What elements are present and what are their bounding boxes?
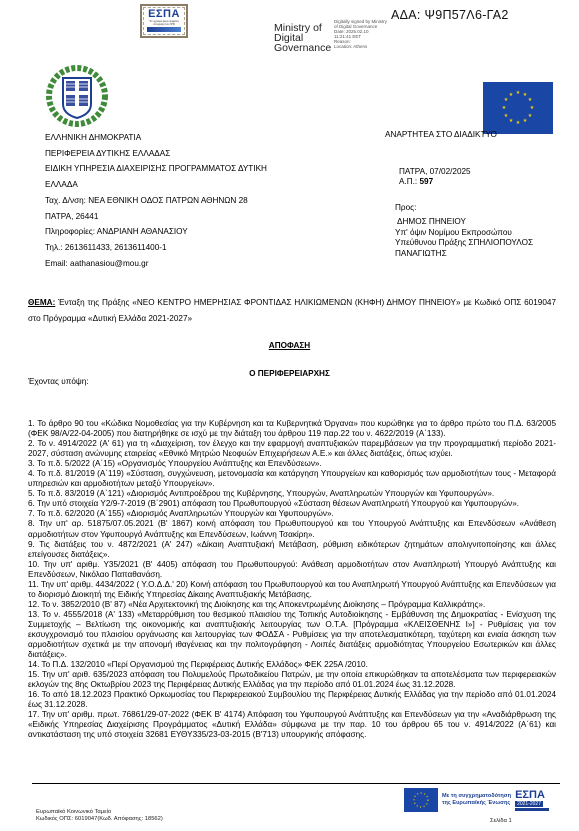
posting-notice: ΑΝΑΡΤΗΤΕΑ ΣΤΟ ΔΙΑΔΙΚΤΥΟ	[385, 130, 533, 141]
sender-country: ΕΛΛΗΝΙΚΗ ΔΗΜΟΚΡΑΤΙΑ	[45, 130, 267, 146]
espa-stamp-title: ΕΣΠΑ	[148, 8, 180, 20]
espa-logo-years: 2021-2027	[515, 801, 543, 807]
sender-email: Email: aathanasiou@mou.gr	[45, 256, 267, 272]
list-item: 4. Το π.δ. 81/2019 (Α΄119) «Σύσταση, συγ…	[28, 469, 556, 489]
svg-text:★: ★	[509, 118, 514, 124]
sender-block: ΕΛΛΗΝΙΚΗ ΔΗΜΟΚΡΑΤΙΑ ΠΕΡΙΦΕΡΕΙΑ ΔΥΤΙΚΗΣ Ε…	[45, 130, 267, 271]
recipient-responsible: Υπεύθυνου Πράξης ΣΠΗΛΙΟΠΟΥΛΟΣ	[385, 238, 533, 249]
svg-text:★: ★	[516, 90, 521, 96]
list-item: 5. Το π.δ. 83/2019 (Α΄121) «Διορισμός Αν…	[28, 489, 556, 499]
cofunding-text: Με τη συγχρηματοδότηση της Ευρωπαϊκής Έν…	[442, 793, 511, 807]
sender-service: ΕΙΔΙΚΗ ΥΠΗΡΕΣΙΑ ΔΙΑΧΕΙΡΙΣΗΣ ΠΡΟΓΡΑΜΜΑΤΟΣ…	[45, 161, 267, 177]
list-item: 14. Το Π.Δ. 132/2010 «Περί Οργανισμού τη…	[28, 660, 556, 670]
to-label: Προς:	[385, 203, 533, 214]
footer-info: Ευρωπαϊκό Κοινωνικό Ταμείο Κωδικός ΟΠΣ: …	[36, 809, 163, 823]
espa-stamp-logo: ΕΣΠΑ Το εγγραφο φερει ψηφιακη υπογραφη τ…	[140, 4, 188, 38]
svg-text:★: ★	[504, 113, 509, 119]
subject: ΘΕΜΑ: Ένταξη της Πράξης «ΝΕΟ ΚΕΝΤΡΟ ΗΜΕΡ…	[28, 295, 556, 327]
signature-line: Location: Athens	[334, 44, 387, 49]
list-item: 15. Την υπ' αριθ. 635/2023 απόφαση του Π…	[28, 670, 556, 690]
list-item: 17. Την υπ' αριθμ. πρωτ. 76861/29-07-202…	[28, 710, 556, 740]
espa-logo-title: ΕΣΠΑ	[515, 790, 545, 801]
espa-logo: ΕΣΠΑ 2021-2027	[515, 790, 549, 811]
eu-flag-icon: ★★★ ★★★ ★★★ ★★★	[483, 82, 553, 134]
recipient-name: ΔΗΜΟΣ ΠΗΝΕΙΟΥ	[385, 217, 533, 228]
espa-logo-bar-icon	[515, 808, 549, 811]
svg-text:★: ★	[528, 113, 533, 119]
protocol-label: Α.Π.:	[399, 177, 419, 186]
list-item: 6. Την υπό στοιχεία Υ2/9-7-2019 (Β΄2901)…	[28, 499, 556, 509]
list-item: 13. Το ν. 4555/2018 (Α' 133) «Μεταρρύθμι…	[28, 610, 556, 660]
svg-text:★: ★	[509, 92, 514, 98]
recipient-attention: Υπ' όψιν Νομίμου Εκπροσώπου	[385, 228, 533, 239]
considering-label: Έχοντας υπόψη:	[28, 377, 89, 386]
page-number: Σελίδα 1	[490, 818, 512, 824]
decision-title-text: ΑΠΟΦΑΣΗ	[269, 341, 310, 350]
eu-flag-small-icon	[404, 788, 438, 812]
protocol-number-line: Α.Π.: 597	[385, 177, 533, 188]
list-item: 1. Το άρθρο 90 του «Κώδικα Νομοθεσίας γι…	[28, 419, 556, 439]
svg-text:★: ★	[530, 105, 535, 111]
protocol-number: 597	[419, 177, 433, 186]
place-date: ΠΑΤΡΑ, 07/02/2025	[385, 167, 533, 178]
ministry-name: Ministry of Digital Governance	[274, 23, 331, 53]
ministry-line: Governance	[274, 43, 331, 53]
right-header-block: ΑΝΑΡΤΗΤΕΑ ΣΤΟ ΔΙΑΔΙΚΤΥΟ ΠΑΤΡΑ, 07/02/202…	[385, 130, 533, 259]
list-item: 11. Την υπ' αριθμ. 4434/2022 ( Υ.Ο.Δ.Δ.'…	[28, 580, 556, 600]
list-item: 7. Το π.δ. 62/2020 (Α΄155) «Διορισμός Αν…	[28, 509, 556, 519]
decision-title: ΑΠΟΦΑΣΗ	[0, 341, 579, 350]
list-item: 16. Το από 18.12.2023 Πρακτικό Ορκωμοσία…	[28, 690, 556, 710]
svg-text:★: ★	[502, 105, 507, 111]
cofunding-banner: Με τη συγχρηματοδότηση της Ευρωπαϊκής Έν…	[404, 787, 560, 813]
considerations-list: 1. Το άρθρο 90 του «Κώδικα Νομοθεσίας γι…	[28, 419, 556, 741]
sender-city: ΠΑΤΡΑ, 26441	[45, 209, 267, 225]
list-item: 8. Την υπ' αρ. 51875/07.05.2021 (Β' 1867…	[28, 519, 556, 539]
subject-text: Ένταξη της Πράξης «ΝΕΟ ΚΕΝΤΡΟ ΗΜΕΡΗΣΙΑΣ …	[28, 298, 556, 323]
sender-address: Ταχ. Δ/νση: ΝΕΑ ΕΘΝΙΚΗ ΟΔΟΣ ΠΑΤΡΩΝ ΑΘΗΝΩ…	[45, 193, 267, 209]
digital-signature: Digitally signed by Ministry of Digital …	[334, 19, 387, 49]
sender-service-cont: ΕΛΛΑΔΑ	[45, 177, 267, 193]
list-item: 10. Την υπ' αριθμ. Υ35/2021 (Β' 4405) απ…	[28, 560, 556, 580]
footer-divider	[32, 783, 560, 784]
footer-code: Κωδικός ΟΠΣ: 6019047(Κωδ. Απόφασης: 1856…	[36, 816, 163, 823]
list-item: 12. Το ν. 3852/2010 (Β' 87) «Νέα Αρχιτεκ…	[28, 600, 556, 610]
subject-label: ΘΕΜΑ:	[28, 298, 55, 307]
ada-code: ΑΔΑ: Ψ9Π57Λ6-ΓΑ2	[391, 8, 509, 22]
cofunding-line: της Ευρωπαϊκής Ένωσης	[442, 800, 511, 807]
espa-stamp-caption: Το εγγραφο φερει ψηφιακη υπογραφη του ΟΠ…	[144, 20, 184, 26]
list-item: 2. Το ν. 4914/2022 (Α' 61) για τη «Διαχε…	[28, 439, 556, 459]
list-item: 3. Το π.δ. 5/2022 (Α΄15) «Οργανισμός Υπο…	[28, 459, 556, 469]
sender-region: ΠΕΡΙΦΕΡΕΙΑ ΔΥΤΙΚΗΣ ΕΛΛΑΔΑΣ	[45, 146, 267, 162]
footer-fund: Ευρωπαϊκό Κοινωνικό Ταμείο	[36, 809, 163, 816]
recipient-responsible-cont: ΠΑΝΑΓΙΩΤΗΣ	[385, 249, 533, 260]
svg-text:★: ★	[523, 118, 528, 124]
svg-text:★: ★	[516, 120, 521, 126]
cofunding-line: Με τη συγχρηματοδότηση	[442, 793, 511, 800]
svg-text:★: ★	[528, 97, 533, 103]
sender-contact-person: Πληροφορίες: ΑΝΔΡΙΑΝΗ ΑΘΑΝΑΣΙΟΥ	[45, 224, 267, 240]
greek-coat-of-arms-icon	[45, 64, 109, 128]
espa-stamp-wave-icon	[147, 27, 181, 32]
list-item: 9. Τις διατάξεις του ν. 4872/2021 (Α' 24…	[28, 540, 556, 560]
sender-phone: Τηλ.: 2613611433, 2613611400-1	[45, 240, 267, 256]
